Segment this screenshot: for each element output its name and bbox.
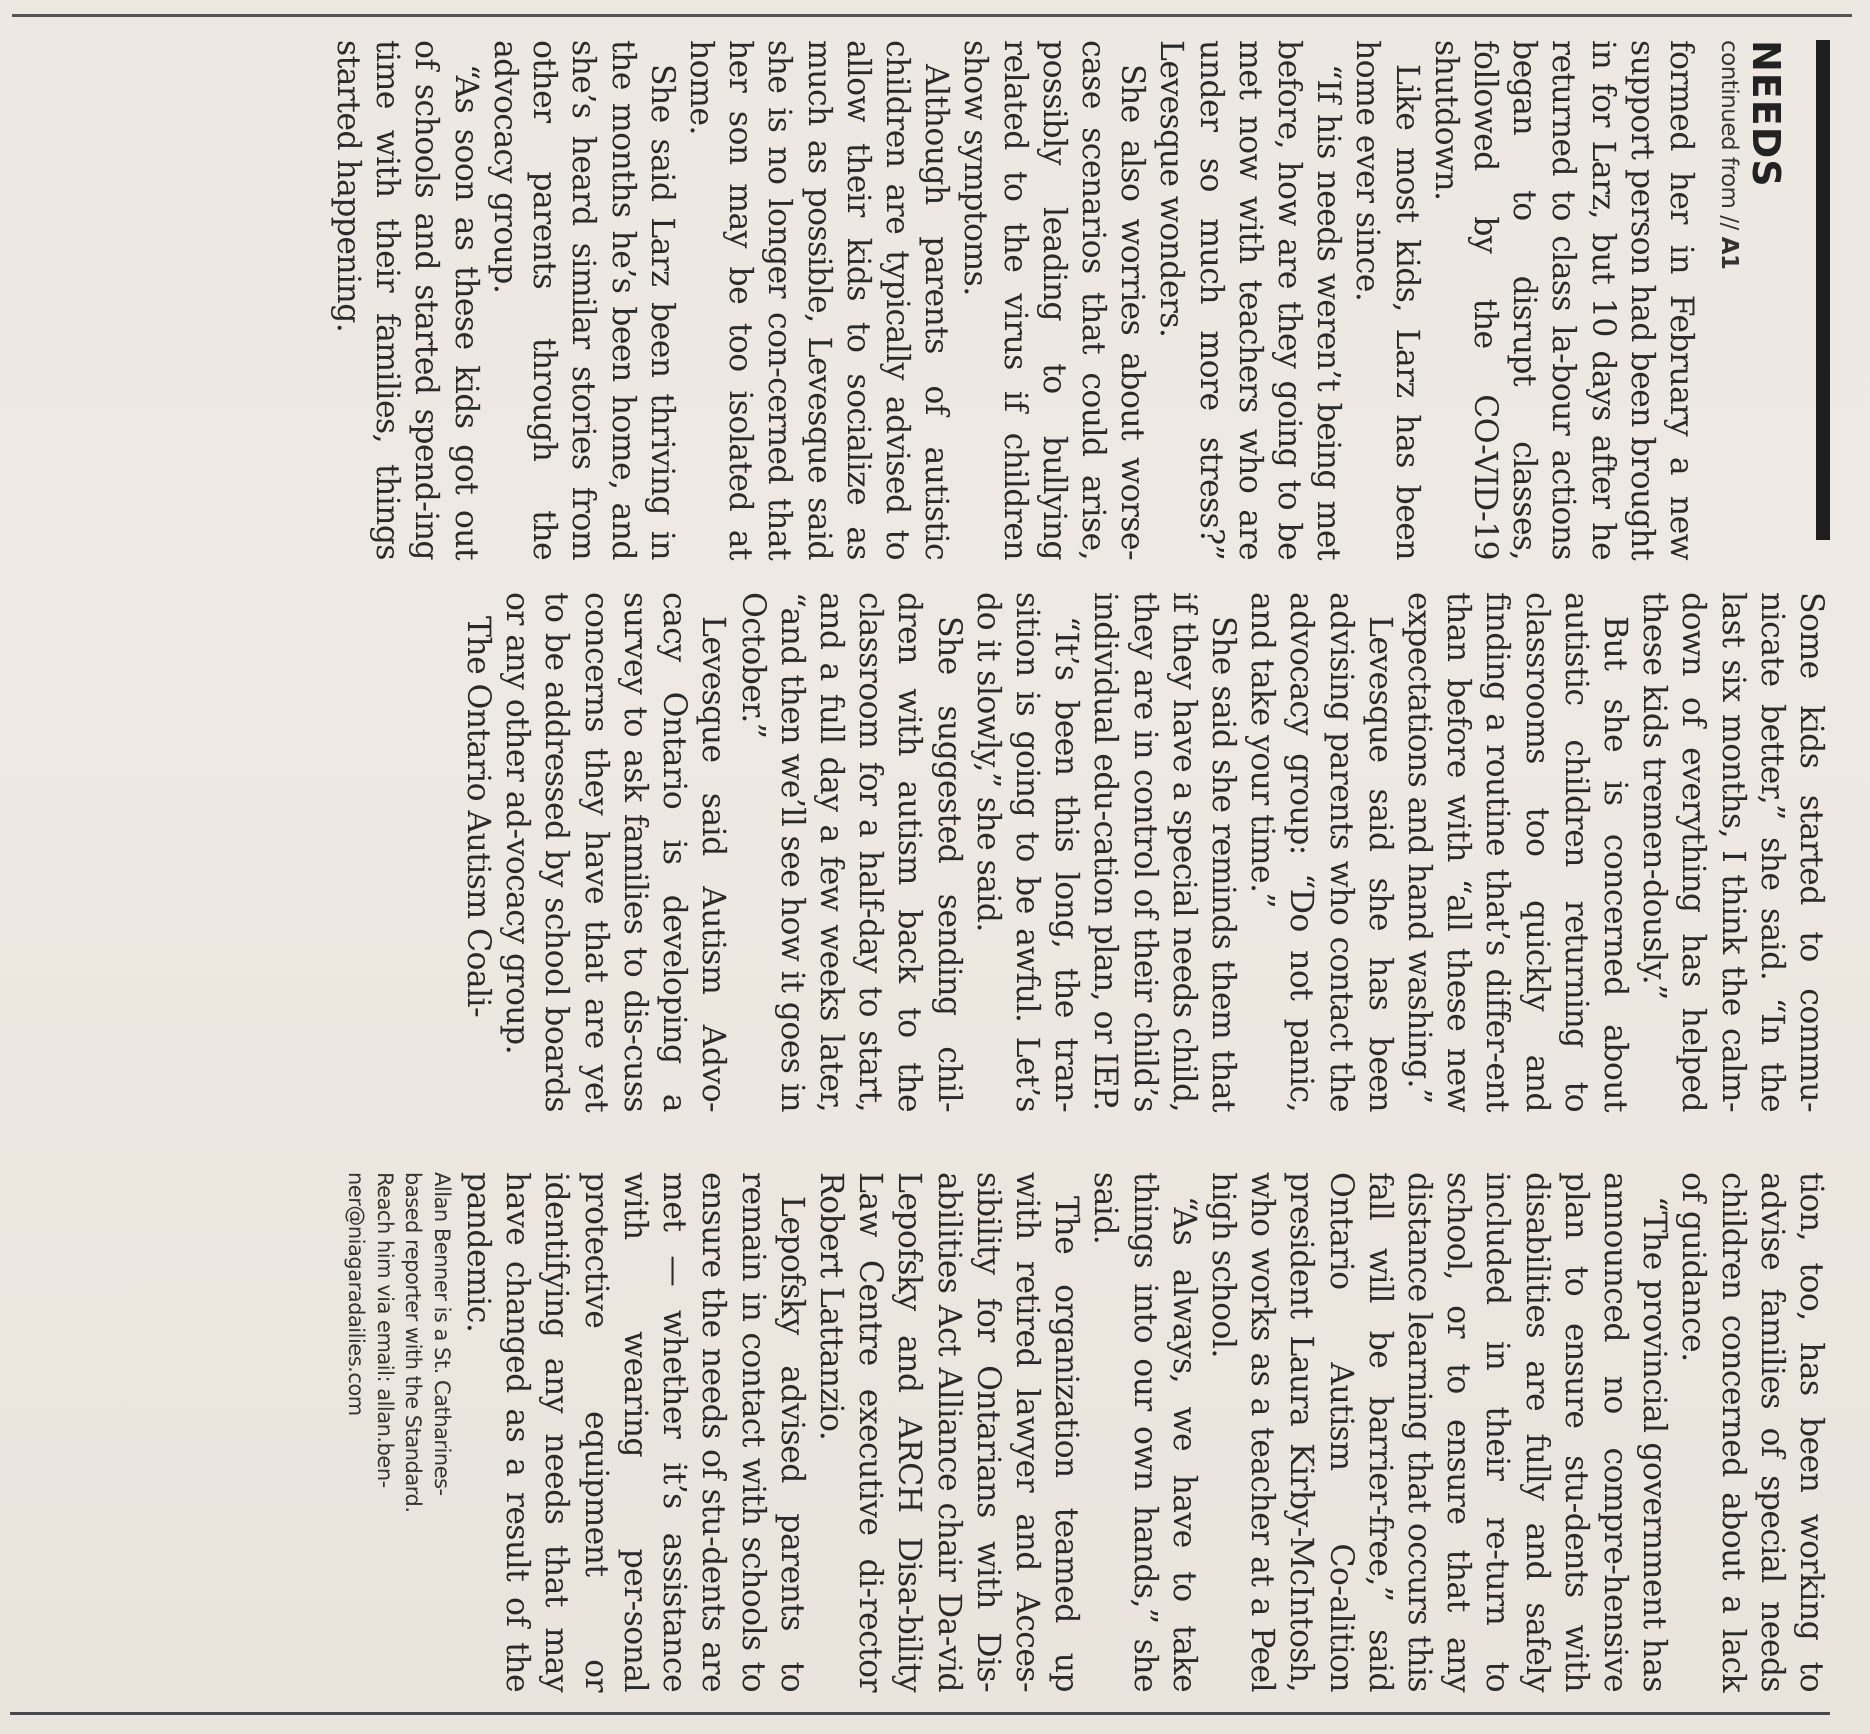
column-3-body: tion, too, has been working to advise fa… (458, 1172, 1830, 1692)
article-paragraph: Some kids started to commu-nicate better… (1634, 592, 1830, 1112)
byline-email[interactable]: ner@niagaradailies.com (342, 1172, 371, 1692)
article-paragraph: Although parents of autistic children ar… (681, 40, 955, 560)
continued-page-ref: A1 (1716, 237, 1742, 270)
article-paragraph: Levesque said she has been advising pare… (1242, 592, 1399, 1112)
newspaper-clipping: NEEDS continued from // A1 formed her in… (0, 0, 1870, 1734)
article-paragraph: “As soon as these kids got out of school… (328, 40, 485, 560)
article-paragraph: The organization teamed up with retired … (811, 1172, 1085, 1692)
bottom-rule-divider (10, 1712, 1830, 1715)
top-rule-divider (12, 14, 1852, 17)
byline-line: Allan Benner is a St. Catharines- (427, 1172, 456, 1692)
column-1-body: formed her in February a new support per… (328, 40, 1700, 560)
continued-from-label: continued from // A1 (1714, 40, 1744, 560)
article-slug: NEEDS (1744, 40, 1788, 560)
article-paragraph: She said Larz been thriving in the month… (485, 40, 681, 560)
article-paragraph: She suggested sending chil-dren with aut… (732, 592, 967, 1112)
article-paragraph: She also worries about worse-case scenar… (955, 40, 1151, 560)
article-paragraph: Levesque said Autism Advo-cacy Ontario i… (497, 592, 732, 1112)
article-paragraph: The Ontario Autism Coali- (458, 592, 497, 1112)
article-paragraph: tion, too, has been working to advise fa… (1673, 1172, 1830, 1692)
byline-line: Reach him via email: allan.ben- (370, 1172, 399, 1692)
article-paragraph: Like most kids, Larz has been home ever … (1347, 40, 1425, 560)
article-paragraph: She said she reminds them that if they h… (1085, 592, 1242, 1112)
article-paragraph: “As always, we have to take things into … (1085, 1172, 1203, 1692)
article-paragraph: formed her in February a new support per… (1426, 40, 1700, 560)
section-header-bar (1816, 40, 1830, 540)
article-paragraph: “The provincial government has announced… (1203, 1172, 1673, 1692)
article-paragraph: But she is concerned about autistic chil… (1399, 592, 1634, 1112)
article-paragraph: “It’s been this long, the tran-sition is… (968, 592, 1086, 1112)
article-paragraph: “If his needs weren’t being met before, … (1151, 40, 1347, 560)
article-paragraph: Lepofsky advised parents to remain in co… (458, 1172, 811, 1692)
article-column-2: Some kids started to commu-nicate better… (458, 592, 1830, 1112)
byline-line: based reporter with the Standard. (399, 1172, 428, 1692)
column-2-body: Some kids started to commu-nicate better… (458, 592, 1830, 1112)
article-column-3: tion, too, has been working to advise fa… (342, 1172, 1830, 1692)
article-column-1: NEEDS continued from // A1 formed her in… (328, 40, 1830, 560)
author-byline: Allan Benner is a St. Catharines- based … (342, 1172, 456, 1692)
